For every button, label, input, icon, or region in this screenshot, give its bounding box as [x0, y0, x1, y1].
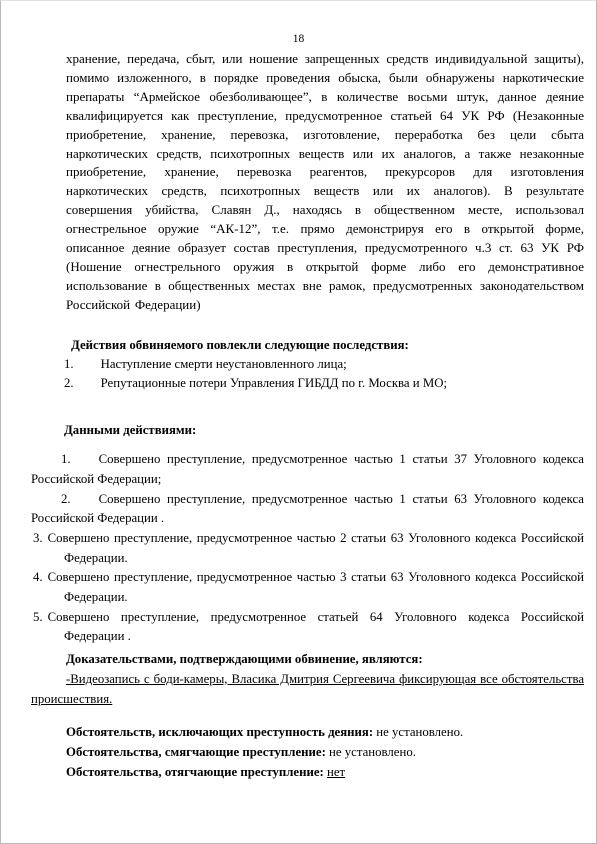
circumstance-value: не установлено.: [329, 745, 416, 759]
list-item-text: Наступление смерти неустановленного лица…: [101, 357, 347, 371]
circumstance-label: Обстоятельства, отягчающие преступление:: [66, 765, 324, 779]
list-item-number: 2.: [61, 492, 71, 506]
page-number: 18: [1, 32, 596, 46]
actions-heading: Данными действиями:: [64, 421, 584, 440]
page-content: хранение, передача, сбыт, или ношение за…: [31, 50, 584, 782]
evidence-heading: Доказательствами, подтверждающими обвине…: [66, 650, 584, 670]
circumstance-value: не установлено.: [376, 725, 463, 739]
list-item: 1.Совершено преступление, предусмотренно…: [31, 450, 584, 489]
list-item: 5.Совершено преступление, предусмотренно…: [64, 608, 584, 647]
consequences-heading: Действия обвиняемого повлекли следующие …: [71, 336, 584, 355]
list-item: 4.Совершено преступление, предусмотренно…: [64, 568, 584, 607]
circumstance-label: Обстоятельств, исключающих преступность …: [66, 725, 373, 739]
list-item: 1.Наступление смерти неустановленного ли…: [64, 355, 584, 374]
list-item-number: 5.: [33, 610, 43, 624]
body-paragraph: хранение, передача, сбыт, или ношение за…: [66, 50, 584, 315]
list-item-number: 2.: [64, 376, 74, 390]
circumstance-value: нет: [327, 765, 345, 779]
list-item: 3.Совершено преступление, предусмотренно…: [64, 529, 584, 568]
list-item-text: Совершено преступление, предусмотренное …: [48, 570, 584, 604]
evidence-text: -Видеозапись с боди-камеры, Власика Дмит…: [31, 670, 584, 709]
list-item-number: 3.: [33, 531, 43, 545]
circumstances-block: Обстоятельств, исключающих преступность …: [31, 722, 584, 782]
list-item-text: Репутационные потери Управления ГИБДД по…: [101, 376, 447, 390]
circumstance-label: Обстоятельства, смягчающие преступление:: [66, 745, 326, 759]
actions-list: 1.Совершено преступление, предусмотренно…: [31, 450, 584, 647]
list-item-text: Совершено преступление, предусмотренное …: [31, 452, 584, 486]
consequences-list: 1.Наступление смерти неустановленного ли…: [31, 355, 584, 394]
list-item-number: 1.: [64, 357, 74, 371]
list-item: 2.Совершено преступление, предусмотренно…: [31, 490, 584, 529]
list-item-text: Совершено преступление, предусмотренное …: [48, 531, 584, 565]
list-item-number: 4.: [33, 570, 43, 584]
document-page: 18 хранение, передача, сбыт, или ношение…: [0, 0, 597, 844]
list-item: 2.Репутационные потери Управления ГИБДД …: [64, 374, 584, 393]
circumstance-line: Обстоятельства, отягчающие преступление:…: [66, 762, 584, 782]
circumstance-line: Обстоятельств, исключающих преступность …: [66, 722, 584, 742]
list-item-text: Совершено преступление, предусмотренное …: [48, 610, 584, 644]
list-item-text: Совершено преступление, предусмотренное …: [31, 492, 584, 526]
circumstance-line: Обстоятельства, смягчающие преступление:…: [66, 742, 584, 762]
list-item-number: 1.: [61, 452, 71, 466]
